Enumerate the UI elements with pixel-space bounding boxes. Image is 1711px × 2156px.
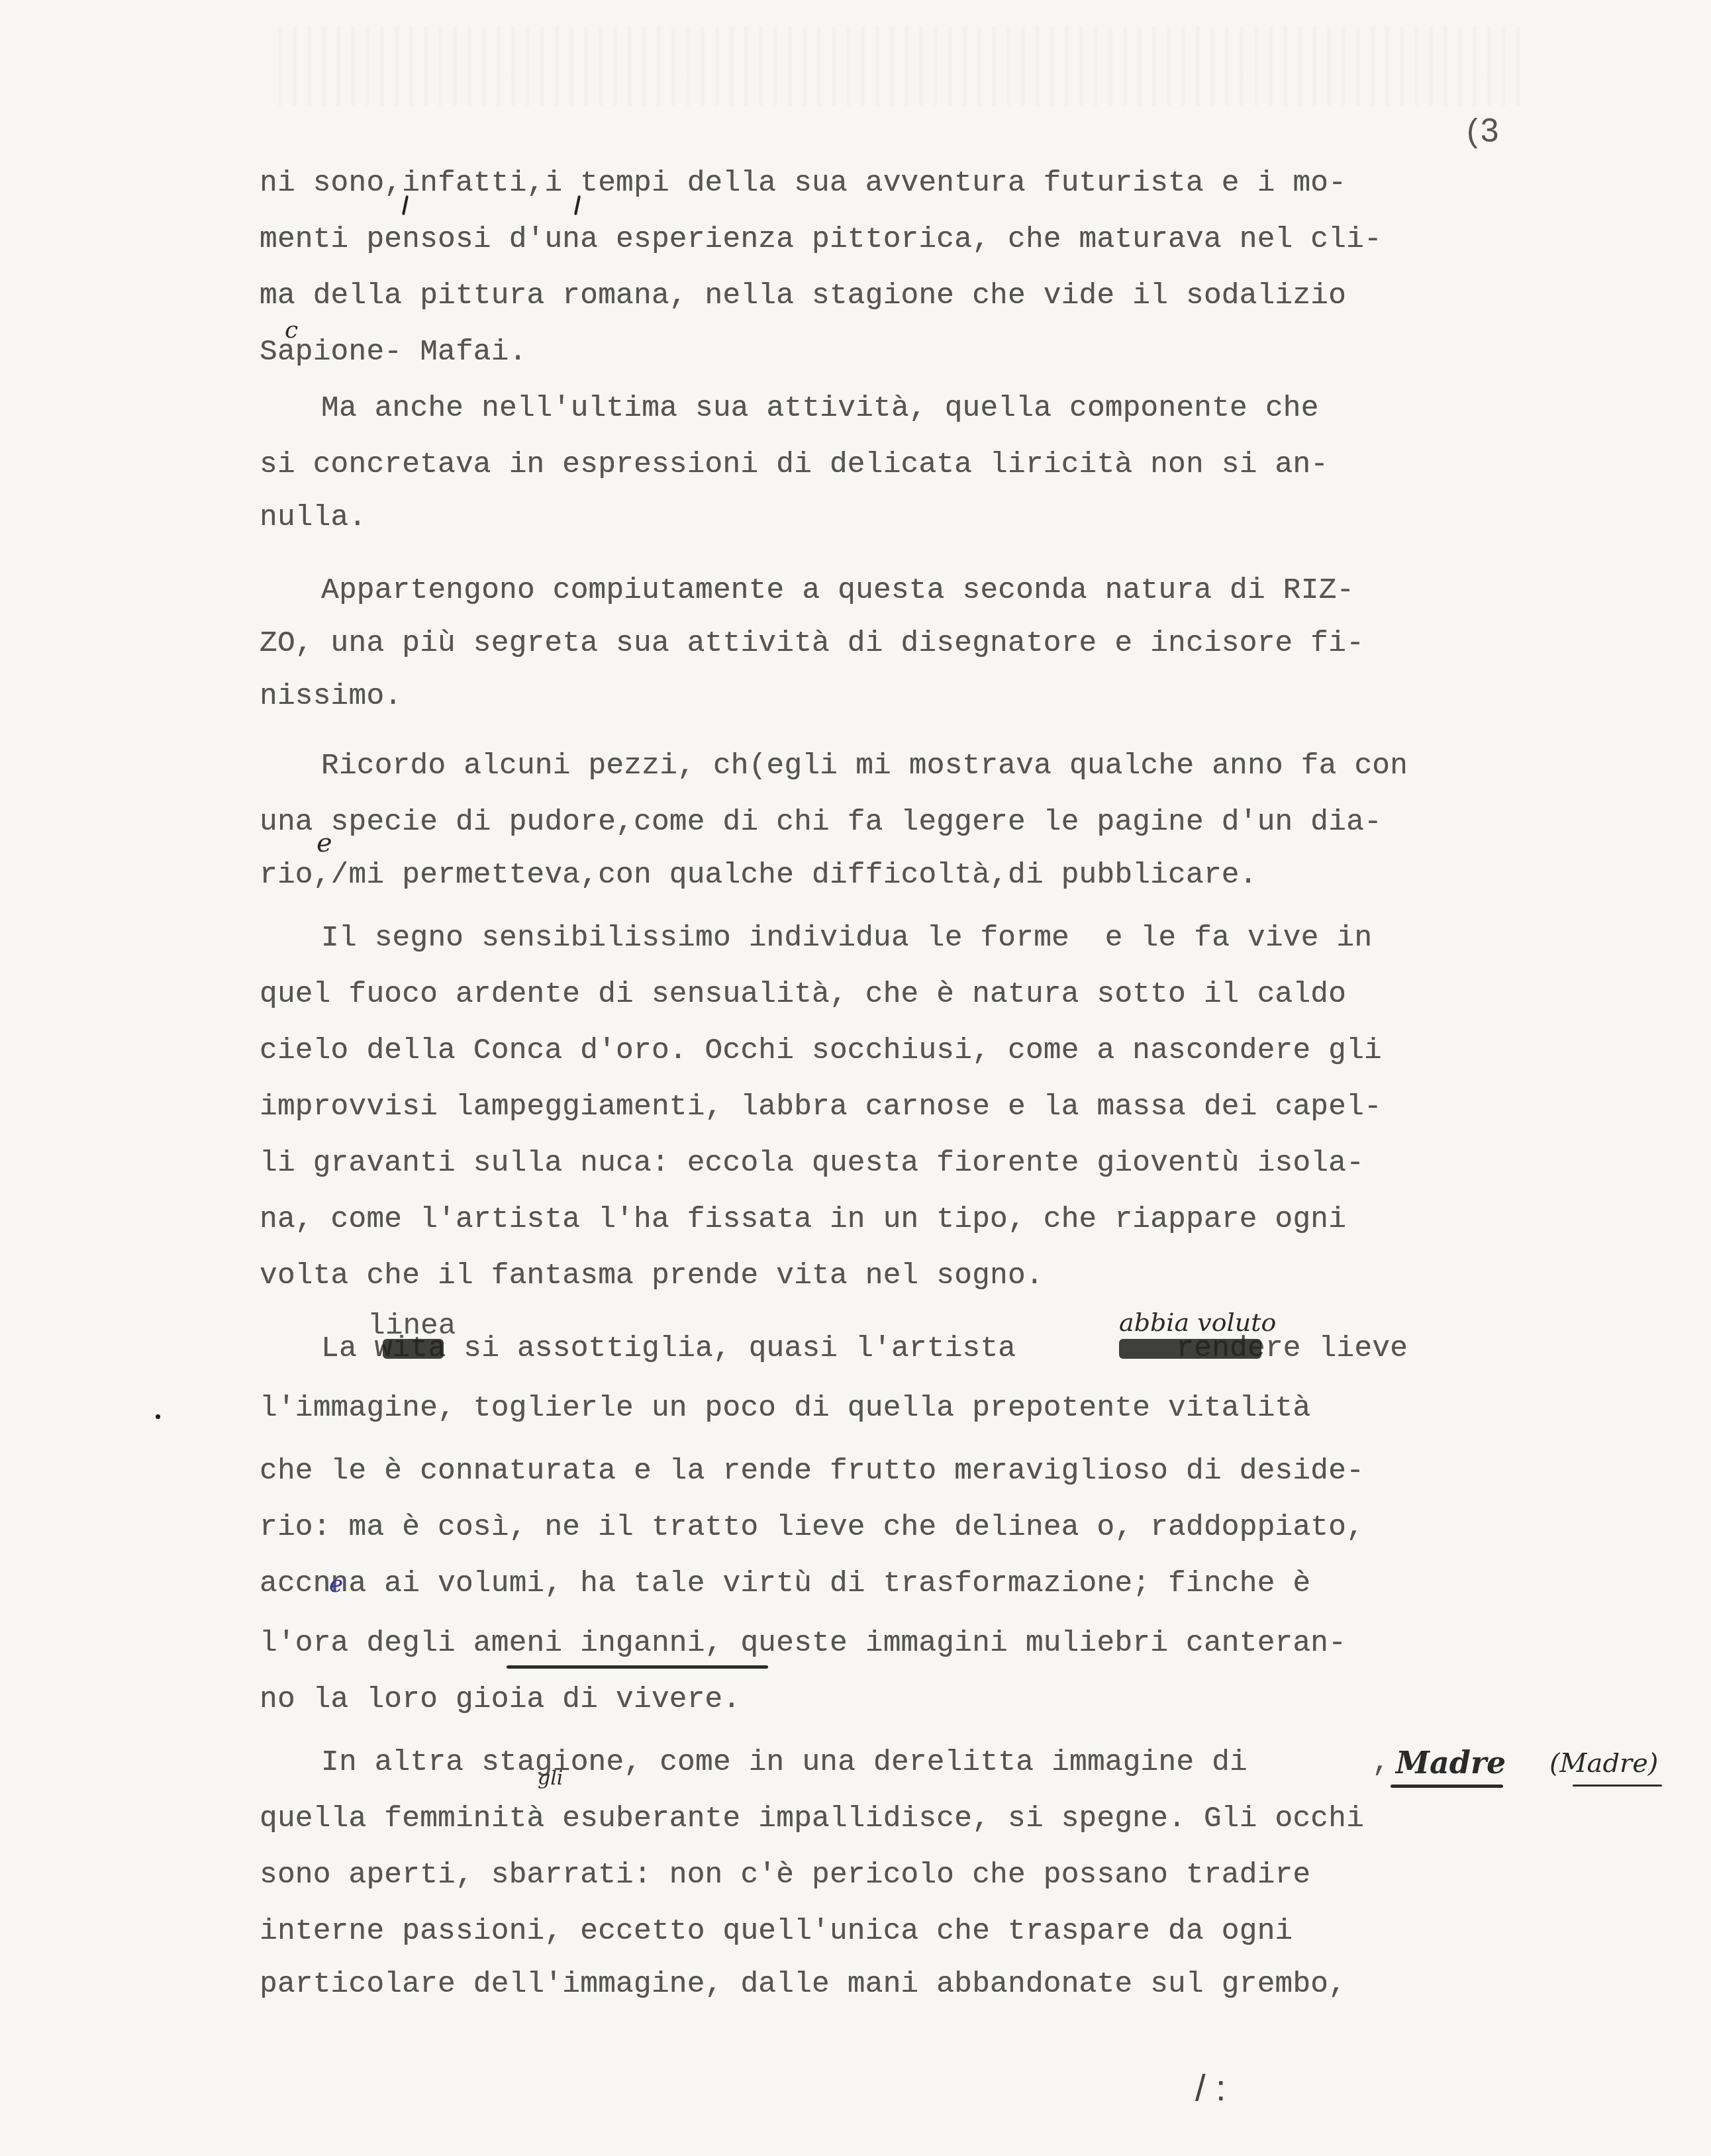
text-line-20: volta che il fantasma prende vita nel so… <box>260 1261 1044 1291</box>
text-line-7: nulla. <box>260 503 366 533</box>
text-line-9: ZO, una più segreta sua attività di dise… <box>260 629 1364 659</box>
strikethrough-vita <box>383 1339 444 1359</box>
text-line-3: ma della pittura romana, nella stagione … <box>260 281 1346 311</box>
text-line-2: menti pensosi d'una esperienza pittorica… <box>260 225 1382 255</box>
text-line-28: In altra stagione, come in una derelitta… <box>321 1748 1390 1778</box>
handwritten-abbia-voluto: abbia voluto <box>1119 1308 1276 1337</box>
margin-note-madre: (Madre) <box>1549 1748 1658 1779</box>
correction-scipione: c <box>285 317 298 344</box>
blue-e-insert: e <box>329 1571 343 1598</box>
text-line-16: cielo della Conca d'oro. Occhi socchiusi… <box>260 1036 1382 1066</box>
underline-ameni-inganni <box>507 1665 768 1669</box>
text-line-6: si concretava in espressioni di delicata… <box>260 450 1328 480</box>
strikethrough-word <box>1119 1339 1261 1359</box>
text-line-27: no la loro gioia di vivere. <box>260 1685 740 1715</box>
text-line-29: quella femminità esuberante impallidisce… <box>260 1804 1364 1834</box>
text-line-31: interne passioni, eccetto quell'unica ch… <box>260 1917 1293 1947</box>
document-page: (3 ni sono,infatti,i tempi della sua avv… <box>0 0 1711 2156</box>
text-line-5: Ma anche nell'ultima sua attività, quell… <box>321 394 1319 424</box>
bleed-through-text <box>278 26 1523 106</box>
text-line-32: particolare dell'immagine, dalle mani ab… <box>260 1970 1346 2000</box>
handwritten-madre-inline: Madre <box>1396 1745 1506 1781</box>
text-line-22: l'immagine, toglierle un poco di quella … <box>260 1394 1310 1424</box>
text-line-26: l'ora degli ameni inganni, queste immagi… <box>260 1629 1346 1659</box>
underline-madre <box>1391 1785 1503 1788</box>
text-line-18: li gravanti sulla nuca: eccola questa fi… <box>260 1149 1364 1179</box>
text-line-12: una specie di pudore,come di chi fa legg… <box>260 808 1382 838</box>
text-line-14: Il segno sensibilissimo individua le for… <box>321 924 1372 954</box>
text-line-13: rio,/mi permetteva,con qualche difficolt… <box>260 861 1257 891</box>
text-line-23: che le è connaturata e la rende frutto m… <box>260 1457 1364 1487</box>
text-line-11: Ricordo alcuni pezzi, ch(egli mi mostrav… <box>321 752 1408 781</box>
text-line-15: quel fuoco ardente di sensualità, che è … <box>260 980 1346 1010</box>
text-line-1: ni sono,infatti,i tempi della sua avvent… <box>260 169 1346 199</box>
handwritten-e-insert: e <box>317 828 332 858</box>
page-number: (3 <box>1467 111 1501 150</box>
margin-dot <box>156 1414 160 1419</box>
underline-margin-madre <box>1573 1785 1662 1787</box>
text-line-8: Appartengono compiutamente a questa seco… <box>321 576 1354 606</box>
text-line-17: improvvisi lampeggiamenti, labbra carnos… <box>260 1093 1382 1122</box>
text-line-24: rio: ma è così, ne il tratto lieve che d… <box>260 1513 1364 1543</box>
text-line-19: na, come l'artista l'ha fissata in un ti… <box>260 1205 1346 1235</box>
text-line-4: Sapione- Mafai. <box>260 338 527 367</box>
text-line-30: sono aperti, sbarrati: non c'è pericolo … <box>260 1861 1310 1890</box>
continuation-mark: / : <box>1195 2066 1226 2109</box>
handwritten-gli-insert: gli <box>538 1767 563 1790</box>
text-line-10: nissimo. <box>260 682 402 712</box>
text-line-25: accnna ai volumi, ha tale virtù di trasf… <box>260 1569 1310 1599</box>
